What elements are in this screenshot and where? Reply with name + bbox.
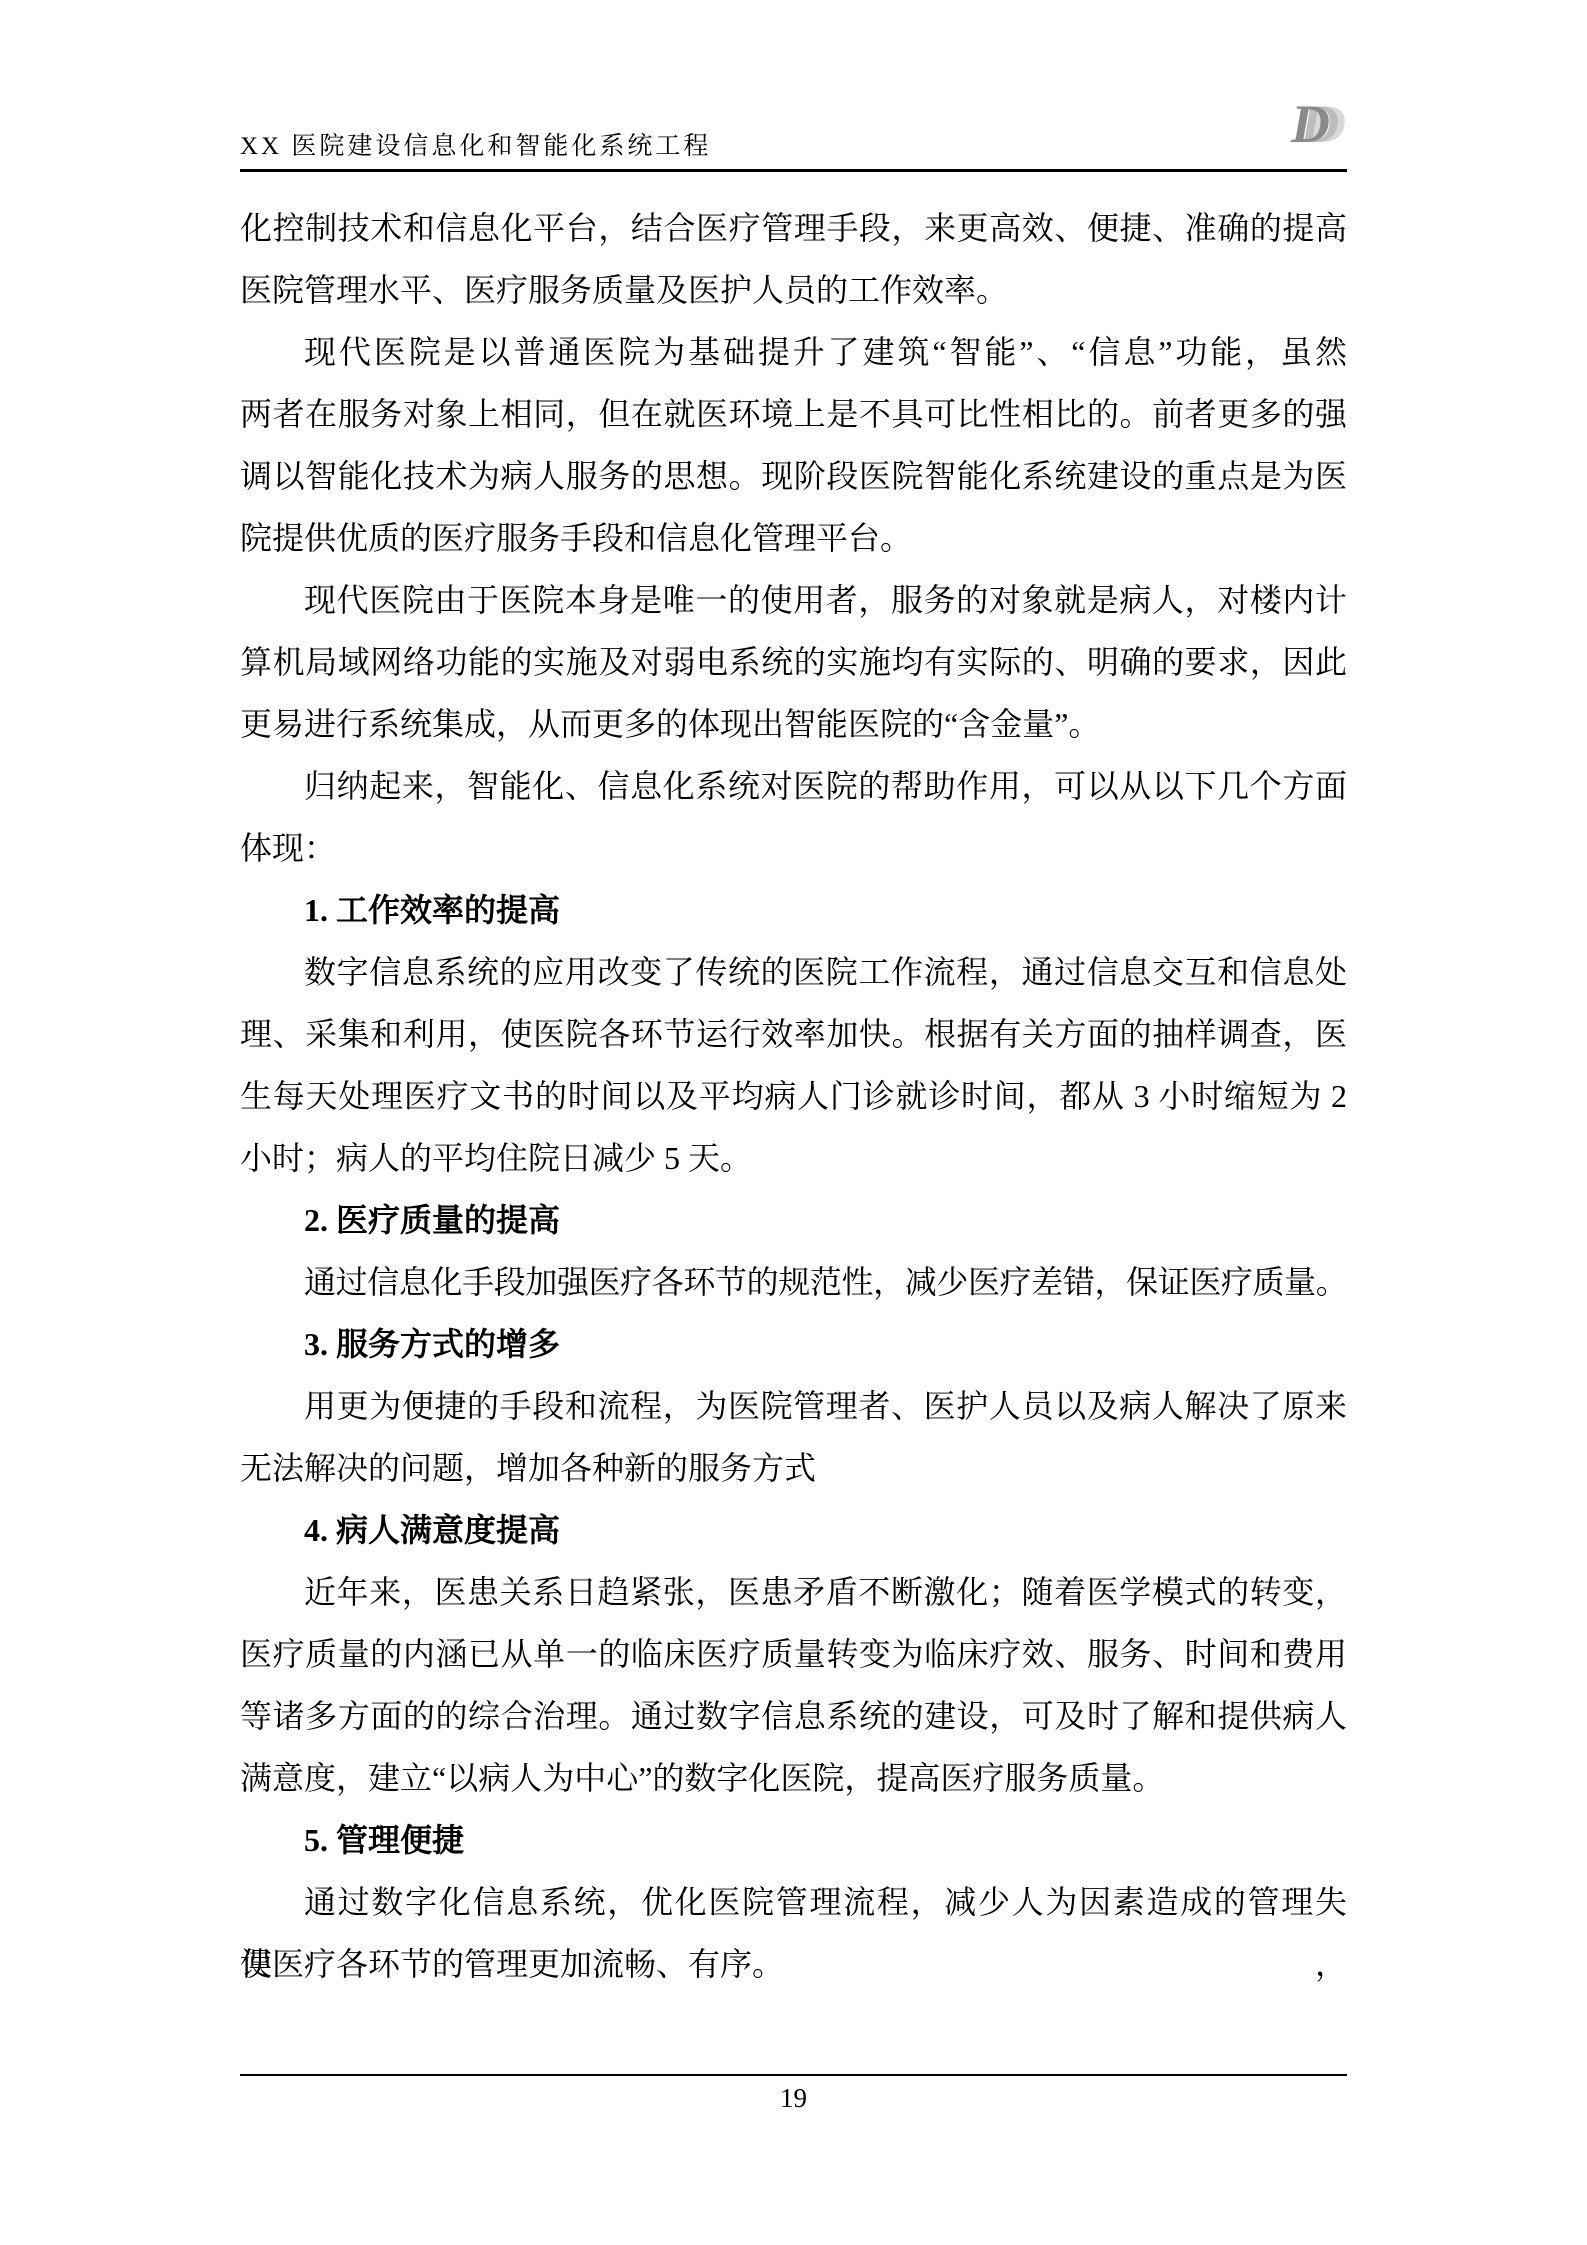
text-line: 生每天处理医疗文书的时间以及平均病人门诊就诊时间，都从 3 小时缩短为 2 bbox=[240, 1065, 1347, 1127]
text-line: 数字信息系统的应用改变了传统的医院工作流程，通过信息交互和信息处 bbox=[240, 941, 1347, 1003]
text-line: 等诸多方面的的综合治理。通过数字信息系统的建设，可及时了解和提供病人 bbox=[240, 1685, 1347, 1747]
section-heading: 5. 管理便捷 bbox=[240, 1809, 1347, 1871]
document-body: 化控制技术和信息化平台，结合医疗管理手段，来更高效、便捷、准确的提高 医院管理水… bbox=[240, 197, 1347, 1995]
text-line: 算机局域网络功能的实施及对弱电系统的实施均有实际的、明确的要求，因此 bbox=[240, 631, 1347, 693]
header-title: XX 医院建设信息化和智能化系统工程 bbox=[240, 126, 711, 162]
footer-divider bbox=[240, 2074, 1347, 2076]
header-divider bbox=[240, 169, 1347, 172]
text-line: 归纳起来，智能化、信息化系统对医院的帮助作用，可以从以下几个方面 bbox=[240, 755, 1347, 817]
section-heading: 2. 医疗质量的提高 bbox=[240, 1189, 1347, 1251]
text-line: 两者在服务对象上相同，但在就医环境上是不具可比性相比的。前者更多的强 bbox=[240, 383, 1347, 445]
text-line: 调以智能化技术为病人服务的思想。现阶段医院智能化系统建设的重点是为医 bbox=[240, 445, 1347, 507]
document-page: XX 医院建设信息化和智能化系统工程 D D D 化控制技术和信息化平台，结合医… bbox=[0, 0, 1587, 2245]
text-line: 用更为便捷的手段和流程，为医院管理者、医护人员以及病人解决了原来 bbox=[240, 1375, 1347, 1437]
text-line: 现代医院是以普通医院为基础提升了建筑“智能”、“信息”功能，虽然 bbox=[240, 321, 1347, 383]
text-line: 近年来，医患关系日趋紧张，医患矛盾不断激化；随着医学模式的转变， bbox=[240, 1561, 1347, 1623]
text-line: 现代医院由于医院本身是唯一的使用者，服务的对象就是病人，对楼内计 bbox=[240, 569, 1347, 631]
text-line: 体现： bbox=[240, 817, 1347, 879]
company-logo-icon: D D D bbox=[1283, 94, 1355, 154]
text-line: 医院管理水平、医疗服务质量及医护人员的工作效率。 bbox=[240, 259, 1347, 321]
text-line: 医疗质量的内涵已从单一的临床医疗质量转变为临床疗效、服务、时间和费用 bbox=[240, 1623, 1347, 1685]
section-heading: 3. 服务方式的增多 bbox=[240, 1313, 1347, 1375]
logo-letter-front: D bbox=[1290, 94, 1330, 154]
text-line: 更易进行系统集成，从而更多的体现出智能医院的“含金量”。 bbox=[240, 693, 1347, 755]
section-heading: 1. 工作效率的提高 bbox=[240, 879, 1347, 941]
text-line: 通过数字化信息系统，优化医院管理流程，减少人为因素造成的管理失误， bbox=[240, 1871, 1347, 1933]
text-line: 化控制技术和信息化平台，结合医疗管理手段，来更高效、便捷、准确的提高 bbox=[240, 197, 1347, 259]
page-number: 19 bbox=[240, 2078, 1347, 2118]
text-line: 满意度，建立“以病人为中心”的数字化医院，提高医疗服务质量。 bbox=[240, 1747, 1347, 1809]
section-heading: 4. 病人满意度提高 bbox=[240, 1499, 1347, 1561]
text-line: 小时；病人的平均住院日减少 5 天。 bbox=[240, 1127, 1347, 1189]
text-line: 无法解决的问题，增加各种新的服务方式 bbox=[240, 1437, 1347, 1499]
text-line: 理、采集和利用，使医院各环节运行效率加快。根据有关方面的抽样调查，医 bbox=[240, 1003, 1347, 1065]
text-line: 院提供优质的医疗服务手段和信息化管理平台。 bbox=[240, 507, 1347, 569]
text-line: 通过信息化手段加强医疗各环节的规范性，减少医疗差错，保证医疗质量。 bbox=[240, 1251, 1347, 1313]
